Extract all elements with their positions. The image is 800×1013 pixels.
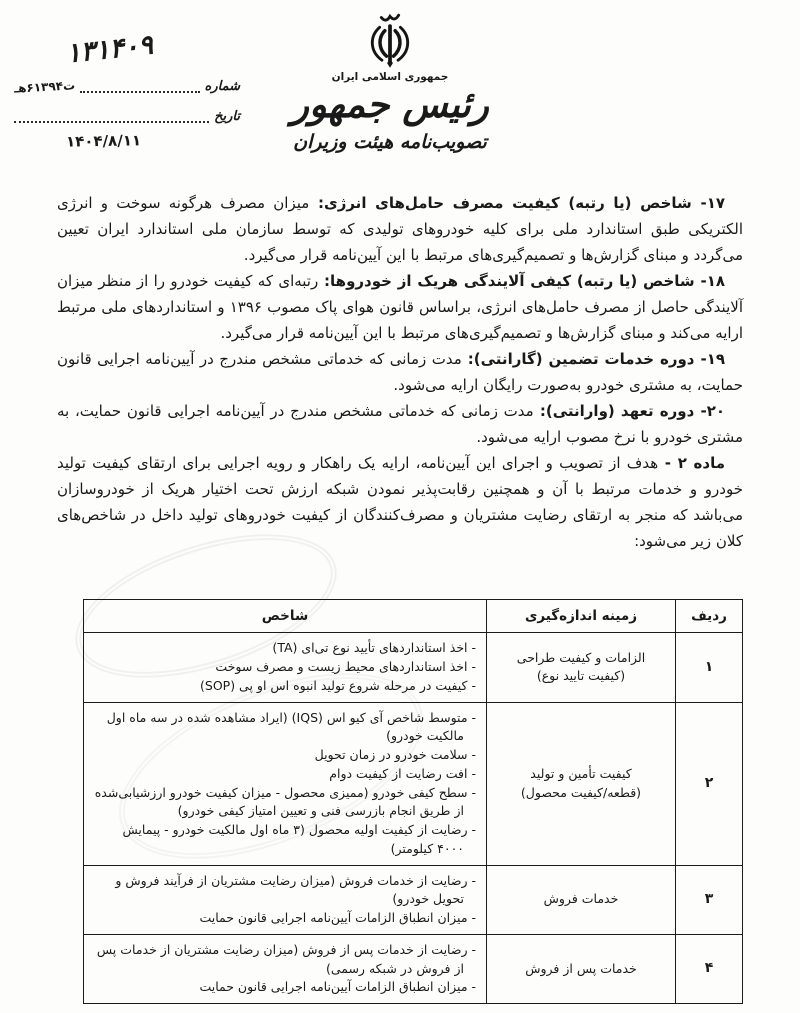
indicator-item: - کیفیت در مرحله شروع تولید انبوه اس او …: [94, 677, 476, 696]
area-cell: خدمات پس از فروش: [487, 934, 676, 1003]
country-name: جمهوری اسلامی ایران: [272, 71, 508, 83]
clause-18: ۱۸- شاخص (یا رتبه) کیفی آلایندگی هریک از…: [57, 268, 743, 346]
dotted-leader: [80, 80, 199, 93]
row-number-cell: ۴: [676, 934, 743, 1003]
indicator-item: - میزان انطباق الزامات آیین‌نامه اجرایی …: [94, 909, 476, 928]
clause-18-lead: ۱۸- شاخص (یا رتبه) کیفی آلایندگی هریک از…: [318, 272, 725, 290]
scanned-decree-page: ۱۳۱۴۰۹ شماره ت۶۱۳۹۴هـ تاریخ ۱۴۰۴/۸/۱۱ جم…: [0, 0, 800, 1013]
header-row-number: ردیف: [676, 600, 743, 633]
table-header-row: ردیف زمینه اندازه‌گیری شاخص: [84, 600, 743, 633]
dotted-leader: [14, 110, 209, 123]
indicator-item: - اخذ استانداردهای تأیید نوع تی‌ای (TA): [94, 639, 476, 658]
area-line: (کیفیت تایید نوع): [493, 667, 669, 686]
header-measurement-area: زمینه اندازه‌گیری: [487, 600, 676, 633]
decree-body: ۱۷- شاخص (یا رتبه) کیفیت مصرف حامل‌های ا…: [57, 190, 743, 554]
area-line: کیفیت تأمین و تولید: [493, 765, 669, 784]
decree-type-title: تصویب‌نامه هیئت وزیران: [272, 131, 508, 153]
area-line: (قطعه/کیفیت محصول): [493, 784, 669, 803]
table-row: ۳ خدمات فروش - رضایت از خدمات فروش (میزا…: [84, 865, 743, 934]
number-field: شماره ت۶۱۳۹۴هـ: [14, 80, 240, 93]
table-body: ۱ الزامات و کیفیت طراحی(کیفیت تایید نوع)…: [84, 633, 743, 1004]
table-row: ۱ الزامات و کیفیت طراحی(کیفیت تایید نوع)…: [84, 633, 743, 702]
indicator-item: - رضایت از خدمات پس از فروش (میزان رضایت…: [94, 941, 476, 979]
indicator-cell: - رضایت از خدمات فروش (میزان رضایت مشتری…: [84, 865, 487, 934]
indicator-cell: - رضایت از خدمات پس از فروش (میزان رضایت…: [84, 934, 487, 1003]
indicator-item: - رضایت از کیفیت اولیه محصول (۳ ماه اول …: [94, 821, 476, 859]
president-calligraphy: رئیس جمهور: [272, 85, 508, 126]
indicator-cell: - متوسط شاخص آی کیو اس (IQS) (ایراد مشاه…: [84, 702, 487, 865]
row-number-cell: ۲: [676, 702, 743, 865]
indicator-item: - سلامت خودرو در زمان تحویل: [94, 746, 476, 765]
number-label: شماره: [205, 80, 240, 93]
article-2-text: هدف از تصویب و اجرای این آیین‌نامه، ارای…: [57, 454, 743, 550]
clause-20: ۲۰- دوره تعهد (وارانتی):مدت زمانی که خدم…: [57, 398, 743, 450]
indicator-item: - سطح کیفی خودرو (ممیزی محصول - میزان کی…: [94, 784, 476, 822]
clause-19: ۱۹- دوره خدمات تضمین (گارانتی):مدت زمانی…: [57, 346, 743, 398]
area-line: خدمات فروش: [493, 890, 669, 909]
clause-20-lead: ۲۰- دوره تعهد (وارانتی):: [534, 402, 725, 420]
indicator-item: - رضایت از خدمات فروش (میزان رضایت مشتری…: [94, 872, 476, 910]
handwritten-registration-number: ۱۳۱۴۰۹: [65, 30, 155, 70]
area-cell: الزامات و کیفیت طراحی(کیفیت تایید نوع): [487, 633, 676, 702]
indicators-table: ردیف زمینه اندازه‌گیری شاخص ۱ الزامات و …: [83, 599, 743, 1004]
registration-stamp: ۱۳۱۴۰۹ شماره ت۶۱۳۹۴هـ تاریخ ۱۴۰۴/۸/۱۱: [8, 28, 248, 163]
indicator-item: - میزان انطباق الزامات آیین‌نامه اجرایی …: [94, 978, 476, 997]
clause-17: ۱۷- شاخص (یا رتبه) کیفیت مصرف حامل‌های ا…: [57, 190, 743, 268]
header-indicator: شاخص: [84, 600, 487, 633]
table-row: ۲ کیفیت تأمین و تولید(قطعه/کیفیت محصول) …: [84, 702, 743, 865]
article-2: ماده ۲ -هدف از تصویب و اجرای این آیین‌نا…: [57, 450, 743, 554]
article-2-lead: ماده ۲ -: [658, 454, 725, 472]
row-number-cell: ۳: [676, 865, 743, 934]
area-cell: خدمات فروش: [487, 865, 676, 934]
clause-19-lead: ۱۹- دوره خدمات تضمین (گارانتی):: [462, 350, 725, 368]
date-label: تاریخ: [214, 110, 240, 123]
indicator-item: - اخذ استانداردهای محیط زیست و مصرف سوخت: [94, 658, 476, 677]
handwritten-date: ۱۴۰۴/۸/۱۱: [66, 131, 141, 150]
area-cell: کیفیت تأمین و تولید(قطعه/کیفیت محصول): [487, 702, 676, 865]
indicator-item: - افت رضایت از کیفیت دوام: [94, 765, 476, 784]
letterhead: جمهوری اسلامی ایران رئیس جمهور تصویب‌نام…: [272, 10, 508, 153]
iran-emblem-icon: [361, 10, 419, 70]
row-number-cell: ۱: [676, 633, 743, 702]
date-field: تاریخ: [14, 110, 240, 123]
indicator-cell: - اخذ استانداردهای تأیید نوع تی‌ای (TA)-…: [84, 633, 487, 702]
area-line: خدمات پس از فروش: [493, 960, 669, 979]
table-row: ۴ خدمات پس از فروش - رضایت از خدمات پس ا…: [84, 934, 743, 1003]
indicator-item: - متوسط شاخص آی کیو اس (IQS) (ایراد مشاه…: [94, 709, 476, 747]
handwritten-number-suffix: ت۶۱۳۹۴هـ: [14, 79, 76, 94]
clause-17-lead: ۱۷- شاخص (یا رتبه) کیفیت مصرف حامل‌های ا…: [309, 194, 725, 212]
area-line: الزامات و کیفیت طراحی: [493, 649, 669, 668]
